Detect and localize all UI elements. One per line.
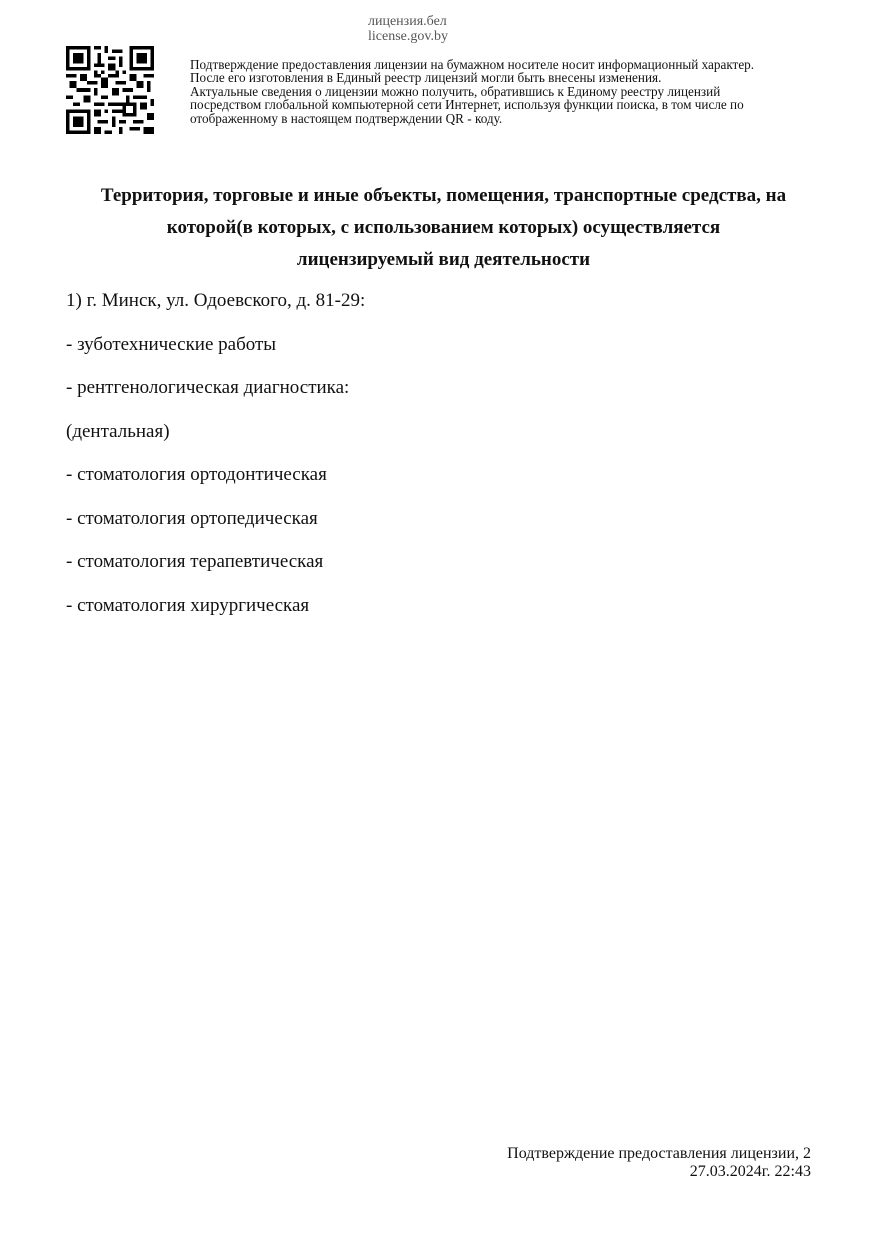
footer-doc-page: Подтверждение предоставления лицензии, 2: [507, 1145, 811, 1163]
section-title: Территория, торговые и иные объекты, пом…: [40, 180, 847, 276]
site-address-latin: license.gov.by: [368, 29, 448, 44]
notice-line: После его изготовления в Единый реестр л…: [190, 71, 840, 84]
list-item: - стоматология хирургическая: [66, 592, 365, 636]
title-line: которой(в которых, с использованием кото…: [40, 212, 847, 244]
notice-line: посредством глобальной компьютерной сети…: [190, 98, 840, 111]
site-address-cyrillic: лицензия.бел: [368, 14, 448, 29]
list-item: - рентгенологическая диагностика:: [66, 374, 365, 418]
activity-list: 1) г. Минск, ул. Одоевского, д. 81-29: -…: [66, 287, 365, 635]
footer-datetime: 27.03.2024г. 22:43: [507, 1163, 811, 1181]
page-footer: Подтверждение предоставления лицензии, 2…: [507, 1145, 811, 1181]
list-item: - стоматология ортодонтическая: [66, 461, 365, 505]
address-line: 1) г. Минск, ул. Одоевского, д. 81-29:: [66, 287, 365, 331]
qr-code-icon: [66, 46, 154, 134]
list-item: (дентальная): [66, 418, 365, 462]
list-item: - зуботехнические работы: [66, 331, 365, 375]
notice-line: отображенному в настоящем подтверждении …: [190, 112, 840, 125]
list-item: - стоматология терапевтическая: [66, 548, 365, 592]
list-item: - стоматология ортопедическая: [66, 505, 365, 549]
notice-line: Подтверждение предоставления лицензии на…: [190, 58, 840, 71]
informational-notice: Подтверждение предоставления лицензии на…: [190, 58, 840, 125]
title-line: Территория, торговые и иные объекты, пом…: [40, 180, 847, 212]
title-line: лицензируемый вид деятельности: [40, 244, 847, 276]
site-address: лицензия.бел license.gov.by: [368, 14, 448, 44]
notice-line: Актуальные сведения о лицензии можно пол…: [190, 85, 840, 98]
